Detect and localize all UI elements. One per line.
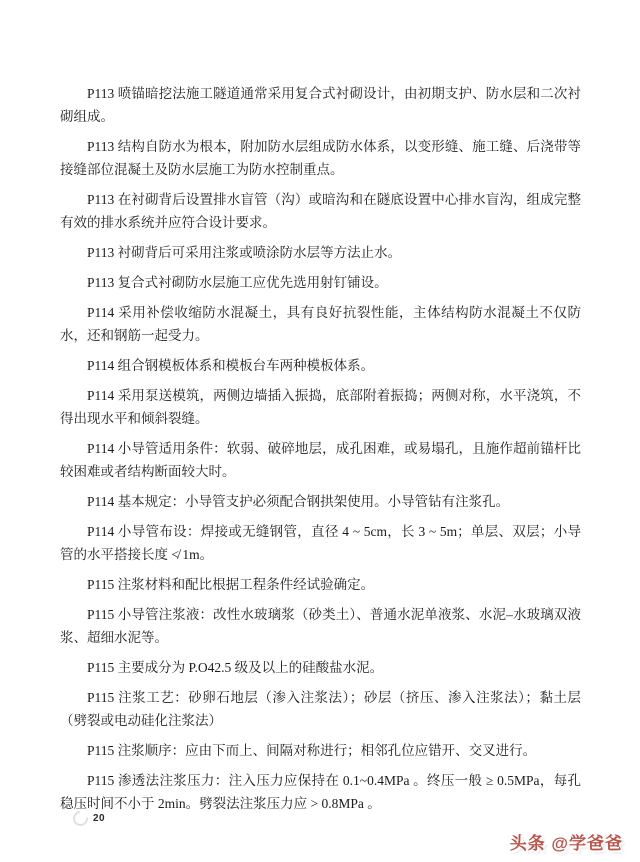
paragraph: P114 采用补偿收缩防水混凝土，具有良好抗裂性能，主体结构防水混凝土不仅防水，…	[60, 301, 581, 347]
paragraph: P114 小导管适用条件：软弱、破碎地层，成孔困难，或易塌孔，且施作超前锚杆比较…	[60, 437, 581, 483]
paragraph: P114 基本规定：小导管支护必须配合钢拱架使用。小导管钻有注浆孔。	[60, 490, 581, 513]
watermark-text: 头条 @学爸爸	[510, 829, 623, 854]
paragraph: P113 在衬砌背后设置排水盲管（沟）或暗沟和在隧底设置中心排水盲沟，组成完整有…	[60, 188, 581, 234]
paragraph: P115 注浆顺序：应由下而上、间隔对称进行；相邻孔位应错开、交叉进行。	[60, 739, 581, 762]
page-footer: 20	[73, 811, 105, 826]
paragraph: P114 小导管布设：焊接或无缝钢管，直径 4 ~ 5cm，长 3 ~ 5m；单…	[60, 520, 581, 566]
paragraph: P113 结构自防水为根本，附加防水层组成防水体系，以变形缝、施工缝、后浇带等接…	[60, 135, 581, 181]
open-circle-icon	[70, 808, 91, 829]
paragraph: P115 注浆材料和配比根据工程条件经试验确定。	[60, 573, 581, 596]
paragraph: P115 小导管注浆液：改性水玻璃浆（砂类土）、普通水泥单液浆、水泥–水玻璃双液…	[60, 603, 581, 649]
page-number: 20	[93, 813, 105, 824]
paragraph: P113 复合式衬砌防水层施工应优先选用射钉铺设。	[60, 271, 581, 294]
paragraph: P113 衬砌背后可采用注浆或喷涂防水层等方法止水。	[60, 241, 581, 264]
paragraph: P113 喷锚暗挖法施工隧道通常采用复合式衬砌设计，由初期支护、防水层和二次衬砌…	[60, 82, 581, 128]
paragraph: P115 注浆工艺：砂卵石地层（渗入注浆法）；砂层（挤压、渗入注浆法）；黏土层（…	[60, 686, 581, 732]
document-body: P113 喷锚暗挖法施工隧道通常采用复合式衬砌设计，由初期支护、防水层和二次衬砌…	[60, 82, 581, 822]
paragraph: P114 采用泵送模筑，两侧边墙插入振捣，底部附着振捣；两侧对称，水平浇筑，不得…	[60, 384, 581, 430]
document-page: P113 喷锚暗挖法施工隧道通常采用复合式衬砌设计，由初期支护、防水层和二次衬砌…	[0, 0, 640, 862]
paragraph: P114 组合钢模板体系和模板台车两种模板体系。	[60, 354, 581, 377]
paragraph: P115 渗透法注浆压力：注入压力应保持在 0.1~0.4MPa 。终压一般 ≥…	[60, 769, 581, 815]
paragraph: P115 主要成分为 P.O42.5 级及以上的硅酸盐水泥。	[60, 656, 581, 679]
